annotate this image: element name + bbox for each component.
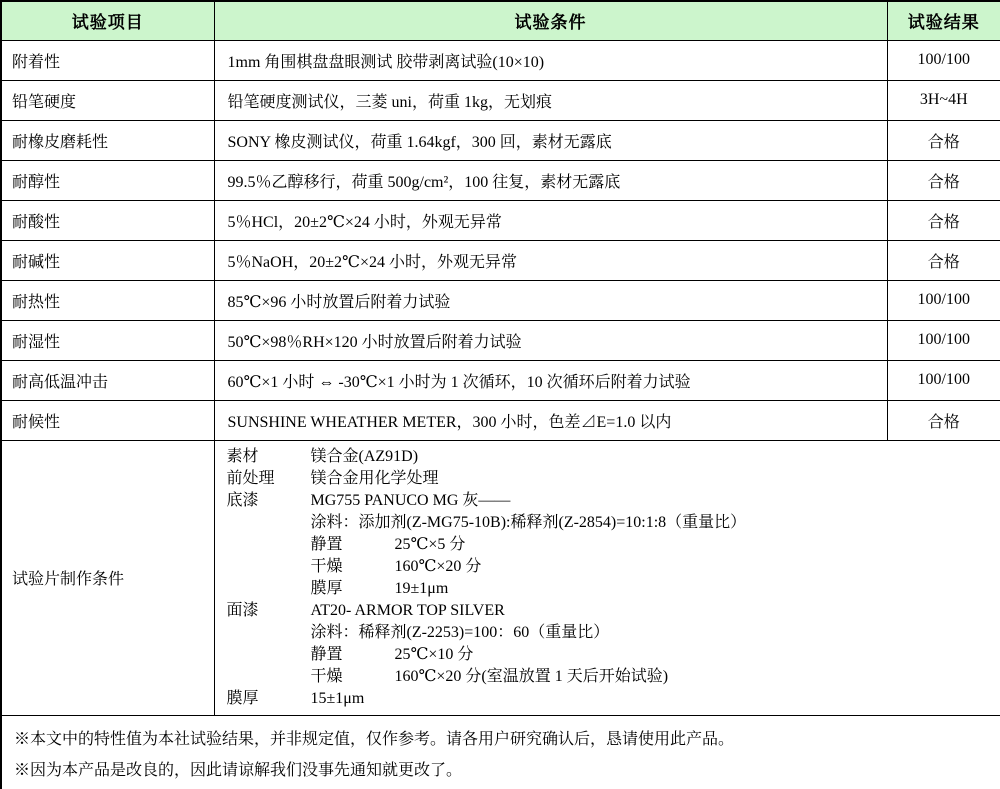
test-result: 合格	[887, 240, 1000, 280]
test-condition: 60℃×1 小时 ⇔ -30℃×1 小时为 1 次循环，10 次循环后附着力试验	[214, 360, 887, 400]
prep-line: 底漆MG755 PANUCO MG 灰——	[227, 490, 1000, 512]
test-item: 耐热性	[1, 280, 214, 320]
test-item: 耐高低温冲击	[1, 360, 214, 400]
test-condition: 5％HCl，20±2℃×24 小时，外观无异常	[214, 200, 887, 240]
table-row: 附着性 1mm 角围棋盘盘眼测试 胶带剥离试验(10×10) 100/100	[1, 40, 1000, 80]
header-test-item: 试验项目	[1, 1, 214, 40]
test-condition: 99.5％乙醇移行，荷重 500g/cm²，100 往复，素材无露底	[214, 160, 887, 200]
table-row: 耐高低温冲击 60℃×1 小时 ⇔ -30℃×1 小时为 1 次循环，10 次循…	[1, 360, 1000, 400]
prep-line: 前处理镁合金用化学处理	[227, 468, 1000, 490]
prep-line: 面漆AT20- ARMOR TOP SILVER	[227, 600, 1000, 622]
test-condition: SUNSHINE WHEATHER METER，300 小时，色差⊿E=1.0 …	[214, 400, 887, 440]
prep-line-label: 面漆	[227, 600, 311, 622]
test-item: 耐湿性	[1, 320, 214, 360]
test-result: 100/100	[887, 360, 1000, 400]
prep-line: 干燥160℃×20 分	[227, 556, 1000, 578]
table-row: 耐湿性 50℃×98％RH×120 小时放置后附着力试验 100/100	[1, 320, 1000, 360]
test-condition: 铅笔硬度测试仪，三菱 uni，荷重 1kg，无划痕	[214, 80, 887, 120]
prep-line-label: 素材	[227, 446, 311, 468]
prep-line-text: 160℃×20 分	[395, 558, 482, 575]
prep-line-text: 160℃×20 分(室温放置 1 天后开始试验)	[395, 668, 669, 685]
table-row: 铅笔硬度 铅笔硬度测试仪，三菱 uni，荷重 1kg，无划痕 3H~4H	[1, 80, 1000, 120]
test-result: 3H~4H	[887, 80, 1000, 120]
prep-line-text: 镁合金用化学处理	[311, 470, 439, 487]
footer-note: ※本文中的特性值为本社试验结果，并非规定值，仅作参考。请各用户研究确认后，恳请使…	[14, 724, 988, 755]
prep-line-label: 前处理	[227, 468, 311, 490]
test-condition: SONY 橡皮测试仪，荷重 1.64kgf，300 回，素材无露底	[214, 120, 887, 160]
header-test-condition: 试验条件	[214, 1, 887, 40]
prep-line: 膜厚19±1μm	[227, 578, 1000, 600]
test-item: 耐醇性	[1, 160, 214, 200]
prep-line-text: 涂料：添加剂(Z-MG75-10B):稀释剂(Z-2854)=10:1:8（重量…	[311, 514, 747, 531]
prep-line: 静置25℃×10 分	[227, 644, 1000, 666]
table-row: 耐橡皮磨耗性 SONY 橡皮测试仪，荷重 1.64kgf，300 回，素材无露底…	[1, 120, 1000, 160]
test-item: 耐酸性	[1, 200, 214, 240]
prep-line-text: 涂料：稀释剂(Z-2253)=100：60（重量比）	[311, 624, 610, 641]
prep-conditions-cell: 素材镁合金(AZ91D) 前处理镁合金用化学处理 底漆MG755 PANUCO …	[214, 440, 1000, 715]
test-condition: 1mm 角围棋盘盘眼测试 胶带剥离试验(10×10)	[214, 40, 887, 80]
prep-line: 涂料：添加剂(Z-MG75-10B):稀释剂(Z-2854)=10:1:8（重量…	[227, 512, 1000, 534]
table-row: 耐酸性 5％HCl，20±2℃×24 小时，外观无异常 合格	[1, 200, 1000, 240]
test-condition: 85℃×96 小时放置后附着力试验	[214, 280, 887, 320]
table-row: 耐候性 SUNSHINE WHEATHER METER，300 小时，色差⊿E=…	[1, 400, 1000, 440]
header-test-result: 试验结果	[887, 1, 1000, 40]
test-item: 耐候性	[1, 400, 214, 440]
table-row: 耐碱性 5％NaOH，20±2℃×24 小时，外观无异常 合格	[1, 240, 1000, 280]
prep-line-text: 镁合金(AZ91D)	[311, 448, 419, 465]
test-result: 合格	[887, 200, 1000, 240]
prep-line: 干燥160℃×20 分(室温放置 1 天后开始试验)	[227, 666, 1000, 688]
prep-line-text: AT20- ARMOR TOP SILVER	[311, 602, 505, 619]
test-result: 100/100	[887, 320, 1000, 360]
test-item: 耐橡皮磨耗性	[1, 120, 214, 160]
test-report-document: 试验项目 试验条件 试验结果 附着性 1mm 角围棋盘盘眼测试 胶带剥离试验(1…	[0, 0, 1000, 789]
prep-line-text: 19±1μm	[395, 580, 449, 597]
test-result: 合格	[887, 400, 1000, 440]
test-result: 100/100	[887, 280, 1000, 320]
prep-line-text: 15±1μm	[311, 690, 365, 707]
table-row: 耐醇性 99.5％乙醇移行，荷重 500g/cm²，100 往复，素材无露底 合…	[1, 160, 1000, 200]
test-results-table: 试验项目 试验条件 试验结果 附着性 1mm 角围棋盘盘眼测试 胶带剥离试验(1…	[0, 0, 1000, 789]
prep-line-label: 干燥	[311, 556, 395, 578]
prep-line-label: 膜厚	[311, 578, 395, 600]
footer-note: ※因为本产品是改良的，因此请谅解我们没事先通知就更改了。	[14, 755, 988, 786]
test-condition: 5％NaOH，20±2℃×24 小时，外观无异常	[214, 240, 887, 280]
footer-notes-row: ※本文中的特性值为本社试验结果，并非规定值，仅作参考。请各用户研究确认后，恳请使…	[1, 715, 1000, 789]
table-header-row: 试验项目 试验条件 试验结果	[1, 1, 1000, 40]
prep-line: 涂料：稀释剂(Z-2253)=100：60（重量比）	[227, 622, 1000, 644]
prep-line-text: 25℃×5 分	[395, 536, 466, 553]
footer-notes-cell: ※本文中的特性值为本社试验结果，并非规定值，仅作参考。请各用户研究确认后，恳请使…	[1, 715, 1000, 789]
test-result: 合格	[887, 160, 1000, 200]
prep-line: 静置25℃×5 分	[227, 534, 1000, 556]
prep-line-label: 静置	[311, 644, 395, 666]
table-row: 耐热性 85℃×96 小时放置后附着力试验 100/100	[1, 280, 1000, 320]
test-result: 100/100	[887, 40, 1000, 80]
prep-line-label: 底漆	[227, 490, 311, 512]
test-item: 耐碱性	[1, 240, 214, 280]
prep-line-text: 25℃×10 分	[395, 646, 474, 663]
prep-conditions-row: 试验片制作条件 素材镁合金(AZ91D) 前处理镁合金用化学处理 底漆MG755…	[1, 440, 1000, 715]
test-item: 铅笔硬度	[1, 80, 214, 120]
prep-line-label: 干燥	[311, 666, 395, 688]
prep-line-label: 膜厚	[227, 688, 311, 710]
test-result: 合格	[887, 120, 1000, 160]
prep-item-label: 试验片制作条件	[1, 440, 214, 715]
test-condition: 50℃×98％RH×120 小时放置后附着力试验	[214, 320, 887, 360]
prep-line: 素材镁合金(AZ91D)	[227, 446, 1000, 468]
prep-line: 膜厚15±1μm	[227, 688, 1000, 710]
prep-line-text: MG755 PANUCO MG 灰——	[311, 492, 511, 509]
prep-line-label: 静置	[311, 534, 395, 556]
test-item: 附着性	[1, 40, 214, 80]
